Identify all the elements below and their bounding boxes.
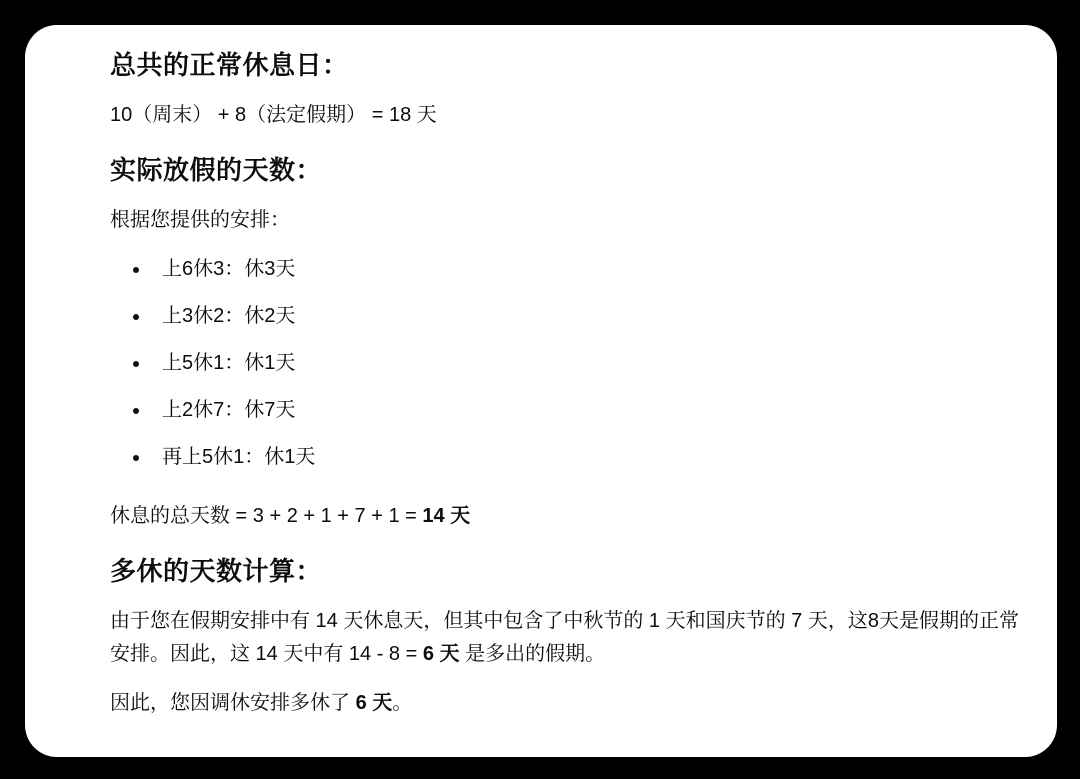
total-calc-text: 休息的总天数 = 3 + 2 + 1 + 7 + 1 = xyxy=(110,505,422,527)
conclusion-suffix: 。 xyxy=(392,692,412,714)
list-item: 上5休1：休1天 xyxy=(151,347,1027,380)
list-item: 再上5休1：休1天 xyxy=(151,441,1027,474)
heading-actual-days-off: 实际放假的天数： xyxy=(110,152,1027,188)
extra-explain-suffix: 是多出的假期。 xyxy=(460,643,606,665)
total-rest-calculation: 休息的总天数 = 3 + 2 + 1 + 7 + 1 = 14 天 xyxy=(110,500,1027,533)
holiday-schedule-list: 上6休3：休3天 上3休2：休2天 上5休1：休1天 上2休7：休7天 再上5休… xyxy=(110,253,1027,474)
extra-days-value: 6 天 xyxy=(423,643,460,665)
chat-response-card: 总共的正常休息日： 10（周末） + 8（法定假期） = 18 天 实际放假的天… xyxy=(25,25,1057,757)
intro-actual-days: 根据您提供的安排： xyxy=(110,204,1027,237)
conclusion: 因此，您因调休安排多休了 6 天。 xyxy=(110,687,1027,720)
heading-extra-days-calculation: 多休的天数计算： xyxy=(110,553,1027,589)
heading-total-rest-days: 总共的正常休息日： xyxy=(110,47,1027,83)
conclusion-text: 因此，您因调休安排多休了 xyxy=(110,692,356,714)
total-days-value: 14 天 xyxy=(422,505,470,527)
list-item: 上6休3：休3天 xyxy=(151,253,1027,286)
list-item: 上2休7：休7天 xyxy=(151,394,1027,427)
extra-days-explanation: 由于您在假期安排中有 14 天休息天，但其中包含了中秋节的 1 天和国庆节的 7… xyxy=(110,605,1027,671)
conclusion-days-value: 6 天 xyxy=(356,692,393,714)
formula-total-rest-days: 10（周末） + 8（法定假期） = 18 天 xyxy=(110,99,1027,132)
list-item: 上3休2：休2天 xyxy=(151,300,1027,333)
